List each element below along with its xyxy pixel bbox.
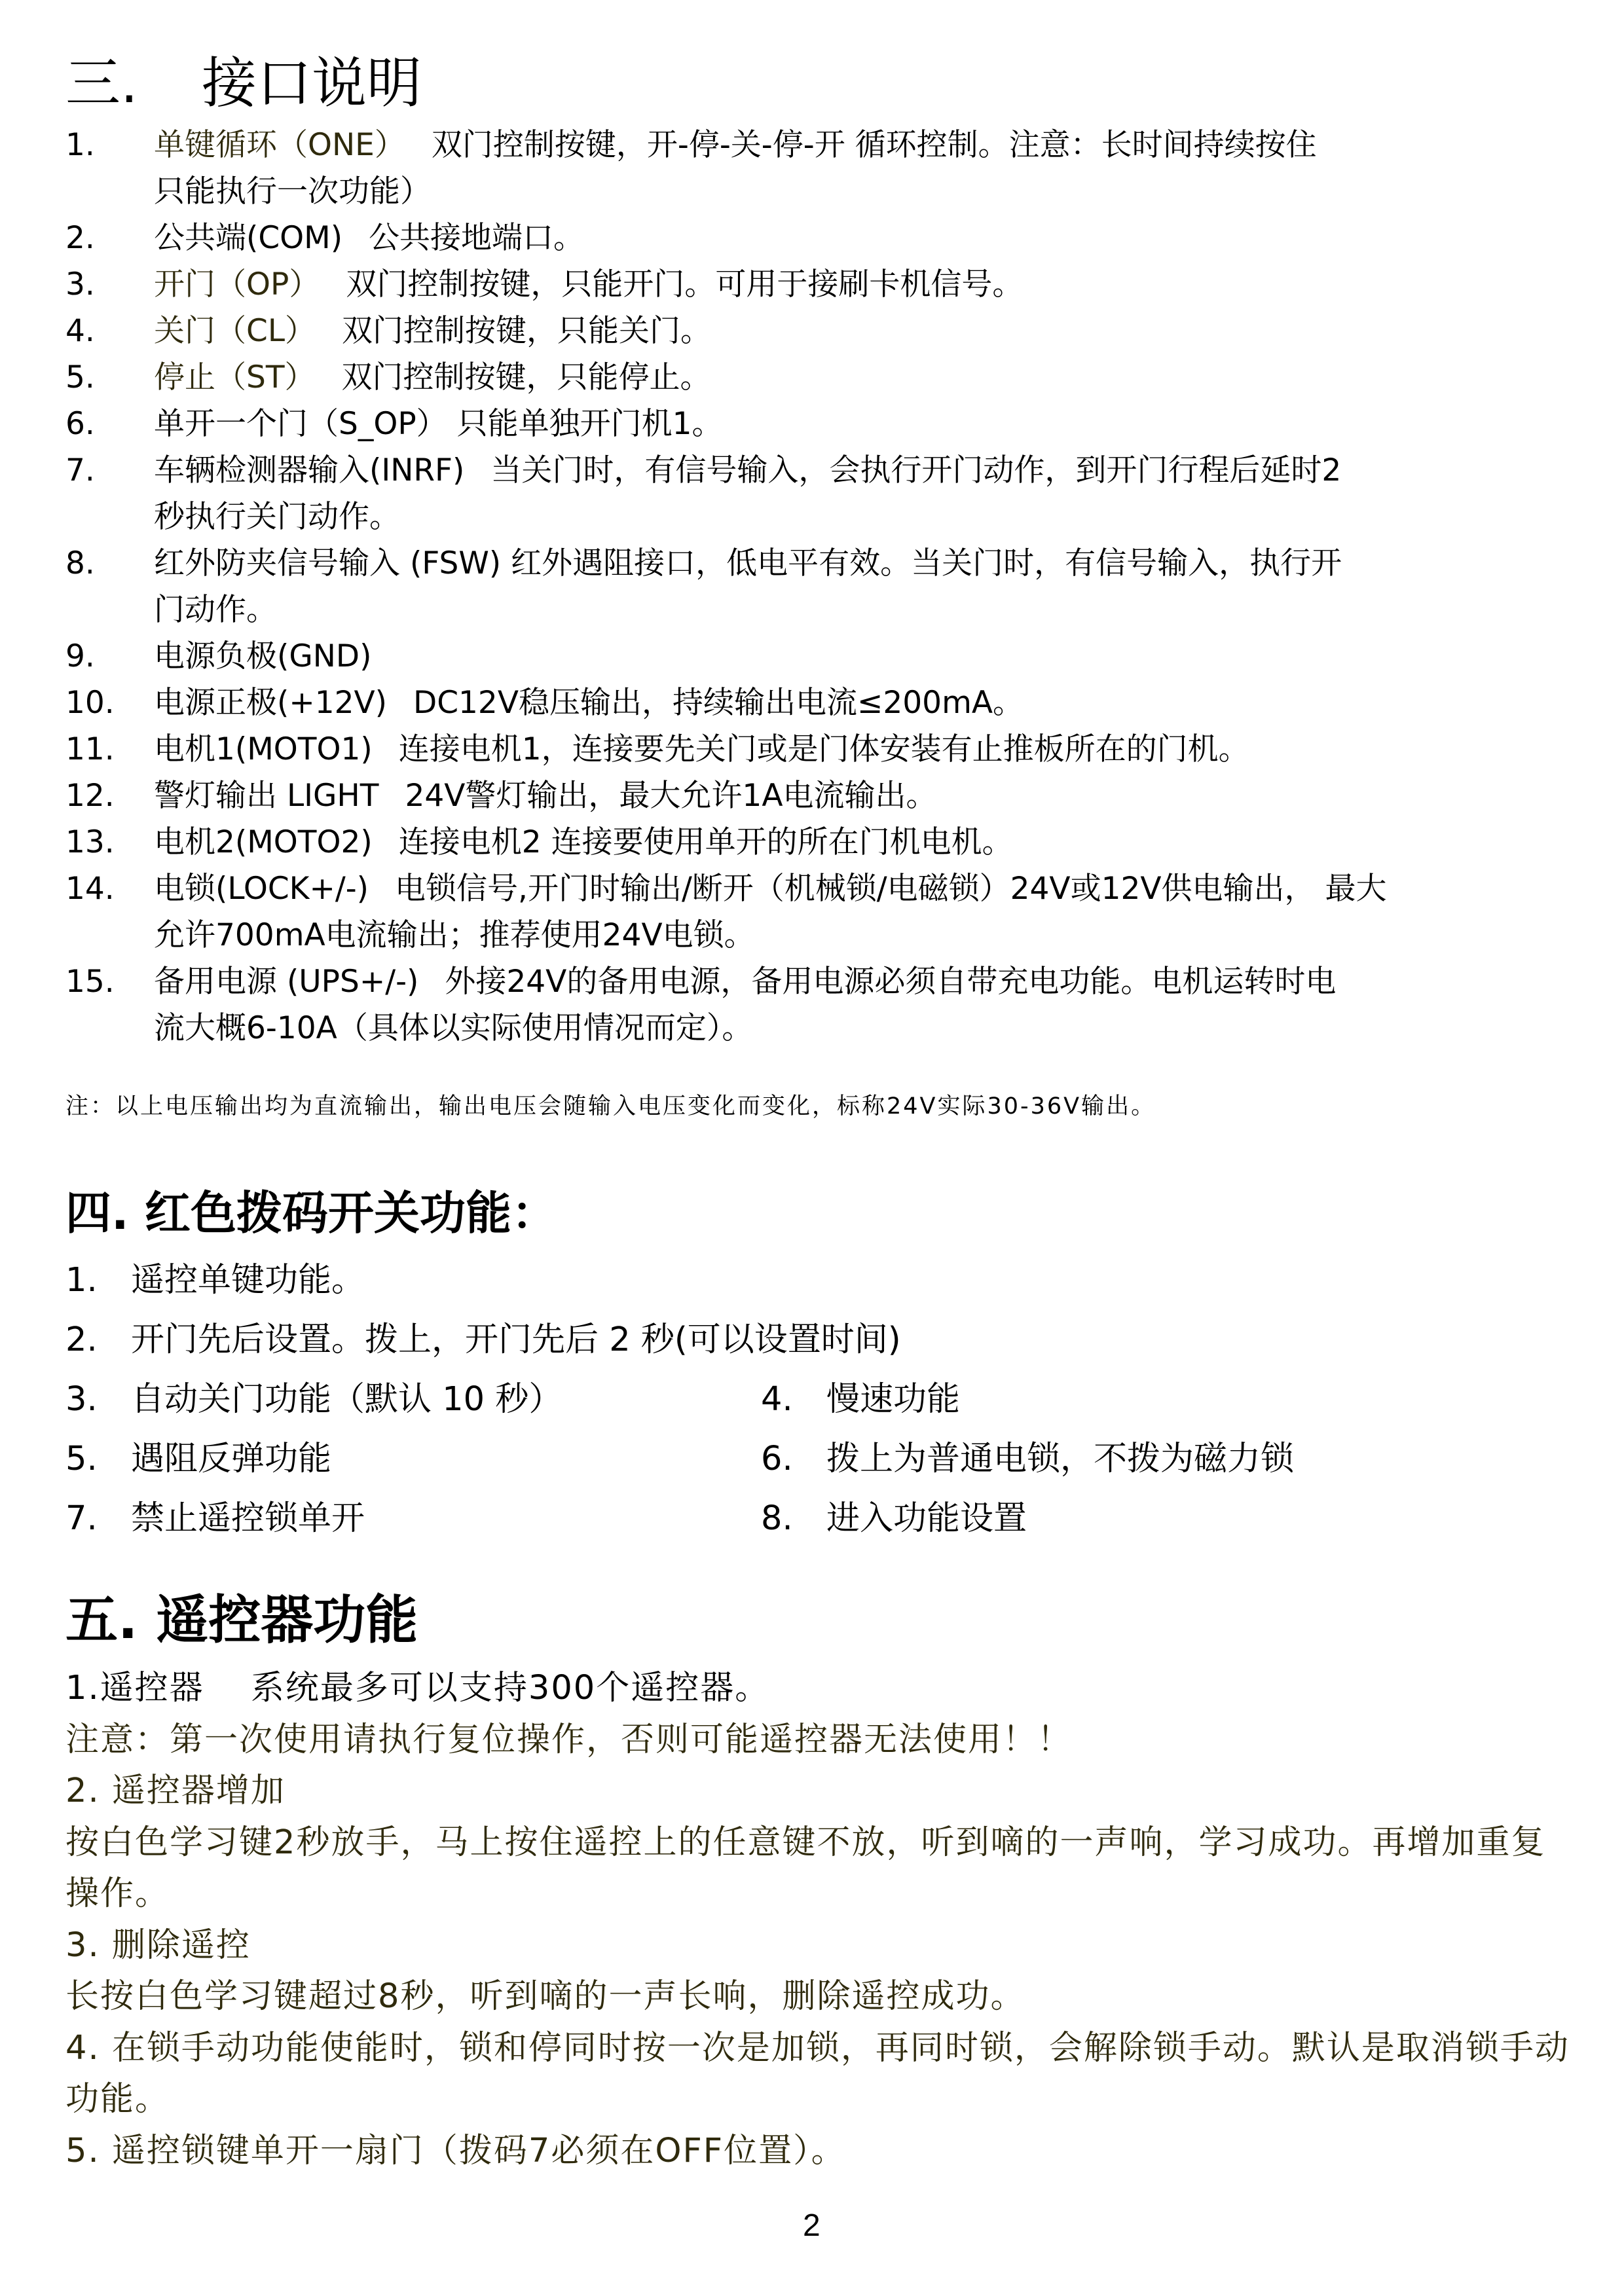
item-number: 5. [65, 1429, 131, 1489]
item-label: 警灯输出 LIGHT [154, 778, 378, 814]
item-number: 2. [65, 215, 154, 261]
subheading: 3. 删除遥控 [65, 1920, 1572, 1972]
list-item: 15. 备用电源 (UPS+/-)外接24V的备用电源，备用电源必须自带充电功能… [65, 958, 1572, 1051]
item-text: 连接电机1，连接要先关门或是门体安装有止推板所在的门机。 [399, 731, 1249, 767]
paragraph: 按白色学习键2秒放手，马上按住遥控上的任意键不放，听到嘀的一声响，学习成功。再增… [65, 1817, 1572, 1920]
list-item: 8. 红外防夹信号输入 (FSW) 红外遇阻接口，低电平有效。当关门时，有信号输… [65, 540, 1572, 633]
list-item: 1.遥控单键功能。 [65, 1250, 1572, 1310]
section-3-title: 接口说明 [202, 51, 422, 115]
list-item: 3.自动关门功能（默认 10 秒） 4.慢速功能 [65, 1370, 1572, 1429]
item-text: 红外遇阻接口，低电平有效。当关门时，有信号输入，执行开 [511, 545, 1342, 581]
list-item: 12. 警灯输出 LIGHT24V警灯输出，最大允许1A电流输出。 [65, 773, 1572, 819]
item-label: 公共端(COM) [154, 220, 342, 256]
item-label: 电锁(LOCK+/-) [154, 871, 369, 907]
item-number: 13. [65, 819, 154, 866]
warning-paragraph: 注意：第一次使用请执行复位操作，否则可能遥控器无法使用！！ [65, 1715, 1572, 1766]
item-number: 7. [65, 447, 154, 540]
list-item: 3. 开门（OP）双门控制按键，只能开门。可用于接刷卡机信号。 [65, 261, 1572, 308]
item-number: 15. [65, 958, 154, 1051]
list-item: 7. 车辆检测器输入(INRF)当关门时，有信号输入，会执行开门动作，到开门行程… [65, 447, 1572, 540]
remote-control-section: 1.遥控器 系统最多可以支持300个遥控器。 注意：第一次使用请执行复位操作，否… [65, 1663, 1572, 2177]
section-3-heading: 三.接口说明 [65, 47, 422, 119]
item-text: 双门控制按键，只能停止。 [342, 359, 711, 395]
item-label: 电源正极(+12V) [154, 685, 387, 721]
paragraph: 长按白色学习键超过8秒，听到嘀的一声长响，删除遥控成功。 [65, 1971, 1572, 2023]
list-item: 4. 关门（CL）双门控制按键，只能关门。 [65, 308, 1572, 354]
item-number: 9. [65, 633, 154, 680]
section-4-heading: 四. 红色拨码开关功能： [65, 1182, 557, 1245]
list-item: 10. 电源正极(+12V)DC12V稳压输出，持续输出电流≤200mA。 [65, 680, 1572, 726]
item-number: 5. [65, 354, 154, 401]
paragraph: 1.遥控器 系统最多可以支持300个遥控器。 [65, 1663, 1572, 1715]
item-number: 11. [65, 726, 154, 773]
item-label: 电机1(MOTO1) [154, 731, 373, 767]
list-item: 2. 公共端(COM)公共接地端口。 [65, 215, 1572, 261]
item-number: 4. [761, 1370, 826, 1429]
item-label: 单键循环（ONE） [154, 127, 405, 163]
item-text: 外接24V的备用电源，备用电源必须自带充电功能。电机运转时电 [445, 964, 1336, 1000]
item-text-cont: 门动作。 [154, 592, 277, 628]
item-text: 连接电机2 连接要使用单开的所在门机电机。 [399, 824, 1013, 860]
item-number: 8. [761, 1489, 826, 1548]
interface-list: 1. 单键循环（ONE）双门控制按键，开-停-关-停-开 循环控制。注意：长时间… [65, 122, 1572, 1051]
list-item: 7.禁止遥控锁单开 8.进入功能设置 [65, 1489, 1572, 1548]
list-item: 5.遇阻反弹功能 6.拨上为普通电锁，不拨为磁力锁 [65, 1429, 1572, 1489]
paragraph: 5. 遥控锁键单开一扇门（拨码7必须在OFF位置）。 [65, 2126, 1572, 2178]
item-text-cont: 只能执行一次功能） [154, 173, 431, 210]
item-text: 禁止遥控锁单开 [131, 1499, 365, 1538]
list-item: 13. 电机2(MOTO2)连接电机2 连接要使用单开的所在门机电机。 [65, 819, 1572, 866]
item-text: 双门控制按键，只能关门。 [342, 313, 711, 349]
item-number: 7. [65, 1489, 131, 1548]
item-text-cont: 允许700mA电流输出；推荐使用24V电锁。 [154, 917, 755, 953]
item-number: 8. [65, 540, 154, 633]
item-label: 开门（OP） [154, 266, 320, 302]
item-text: 公共接地端口。 [369, 220, 584, 256]
document-page: 三.接口说明 1. 单键循环（ONE）双门控制按键，开-停-关-停-开 循环控制… [0, 0, 1624, 2296]
voltage-note: 注：以上电压输出均为直流输出，输出电压会随输入电压变化而变化，标称24V实际30… [65, 1087, 1156, 1126]
item-text: 慢速功能 [826, 1380, 960, 1419]
item-text: 开门先后设置。拨上，开门先后 2 秒(可以设置时间) [131, 1321, 901, 1359]
item-label: 红外防夹信号输入 (FSW) [154, 545, 501, 581]
list-item: 9. 电源负极(GND) [65, 633, 1572, 680]
item-text: 遇阻反弹功能 [131, 1440, 331, 1478]
item-number: 10. [65, 680, 154, 726]
item-text: 进入功能设置 [826, 1499, 1027, 1538]
item-text: 电锁信号,开门时输出/断开（机械锁/电磁锁）24V或12V供电输出， 最大 [395, 871, 1386, 907]
section-5-heading: 五. 遥控器功能 [65, 1584, 418, 1656]
list-item: 11. 电机1(MOTO1)连接电机1，连接要先关门或是门体安装有止推板所在的门… [65, 726, 1572, 773]
list-item: 6. 单开一个门（S_OP） 只能单独开门机1。 [65, 401, 1572, 447]
item-text: 自动关门功能（默认 10 秒） [131, 1380, 562, 1419]
item-text: 只能单独开门机1。 [457, 406, 723, 442]
list-item: 2.开门先后设置。拨上，开门先后 2 秒(可以设置时间) [65, 1310, 1572, 1370]
item-number: 6. [761, 1429, 826, 1489]
item-text-cont: 流大概6-10A（具体以实际使用情况而定）。 [154, 1010, 752, 1046]
item-label: 单开一个门（S_OP） [154, 406, 447, 442]
item-label: 电机2(MOTO2) [154, 824, 373, 860]
item-number: 4. [65, 308, 154, 354]
item-text: 拨上为普通电锁，不拨为磁力锁 [826, 1440, 1294, 1478]
item-number: 3. [65, 1370, 131, 1429]
item-text: DC12V稳压输出，持续输出电流≤200mA。 [413, 685, 1024, 721]
dip-switch-list: 1.遥控单键功能。 2.开门先后设置。拨上，开门先后 2 秒(可以设置时间) 3… [65, 1250, 1572, 1548]
section-3-number: 三. [65, 47, 202, 119]
item-text: 遥控单键功能。 [131, 1261, 365, 1300]
item-number: 1. [65, 1250, 131, 1310]
item-label: 车辆检测器输入(INRF) [154, 452, 464, 488]
list-item: 14. 电锁(LOCK+/-)电锁信号,开门时输出/断开（机械锁/电磁锁）24V… [65, 866, 1572, 958]
item-number: 6. [65, 401, 154, 447]
item-text: 双门控制按键，只能开门。可用于接刷卡机信号。 [346, 266, 1023, 302]
page-number: 2 [803, 2206, 821, 2246]
paragraph: 4. 在锁手动功能使能时，锁和停同时按一次是加锁，再同时锁，会解除锁手动。默认是… [65, 2023, 1572, 2126]
item-label: 关门（CL） [154, 313, 316, 349]
item-text-cont: 秒执行关门动作。 [154, 499, 400, 535]
item-number: 12. [65, 773, 154, 819]
item-number: 2. [65, 1310, 131, 1370]
subheading: 2. 遥控器增加 [65, 1766, 1572, 1817]
item-text: 24V警灯输出，最大允许1A电流输出。 [405, 778, 936, 814]
item-number: 1. [65, 122, 154, 215]
item-text: 当关门时，有信号输入，会执行开门动作，到开门行程后延时2 [490, 452, 1341, 488]
list-item: 1. 单键循环（ONE）双门控制按键，开-停-关-停-开 循环控制。注意：长时间… [65, 122, 1572, 215]
item-label: 电源负极(GND) [154, 638, 371, 674]
item-text: 双门控制按键，开-停-关-停-开 循环控制。注意：长时间持续按住 [432, 127, 1317, 163]
item-label: 备用电源 (UPS+/-) [154, 964, 418, 1000]
item-label: 停止（ST） [154, 359, 316, 395]
list-item: 5. 停止（ST）双门控制按键，只能停止。 [65, 354, 1572, 401]
item-number: 3. [65, 261, 154, 308]
item-number: 14. [65, 866, 154, 958]
